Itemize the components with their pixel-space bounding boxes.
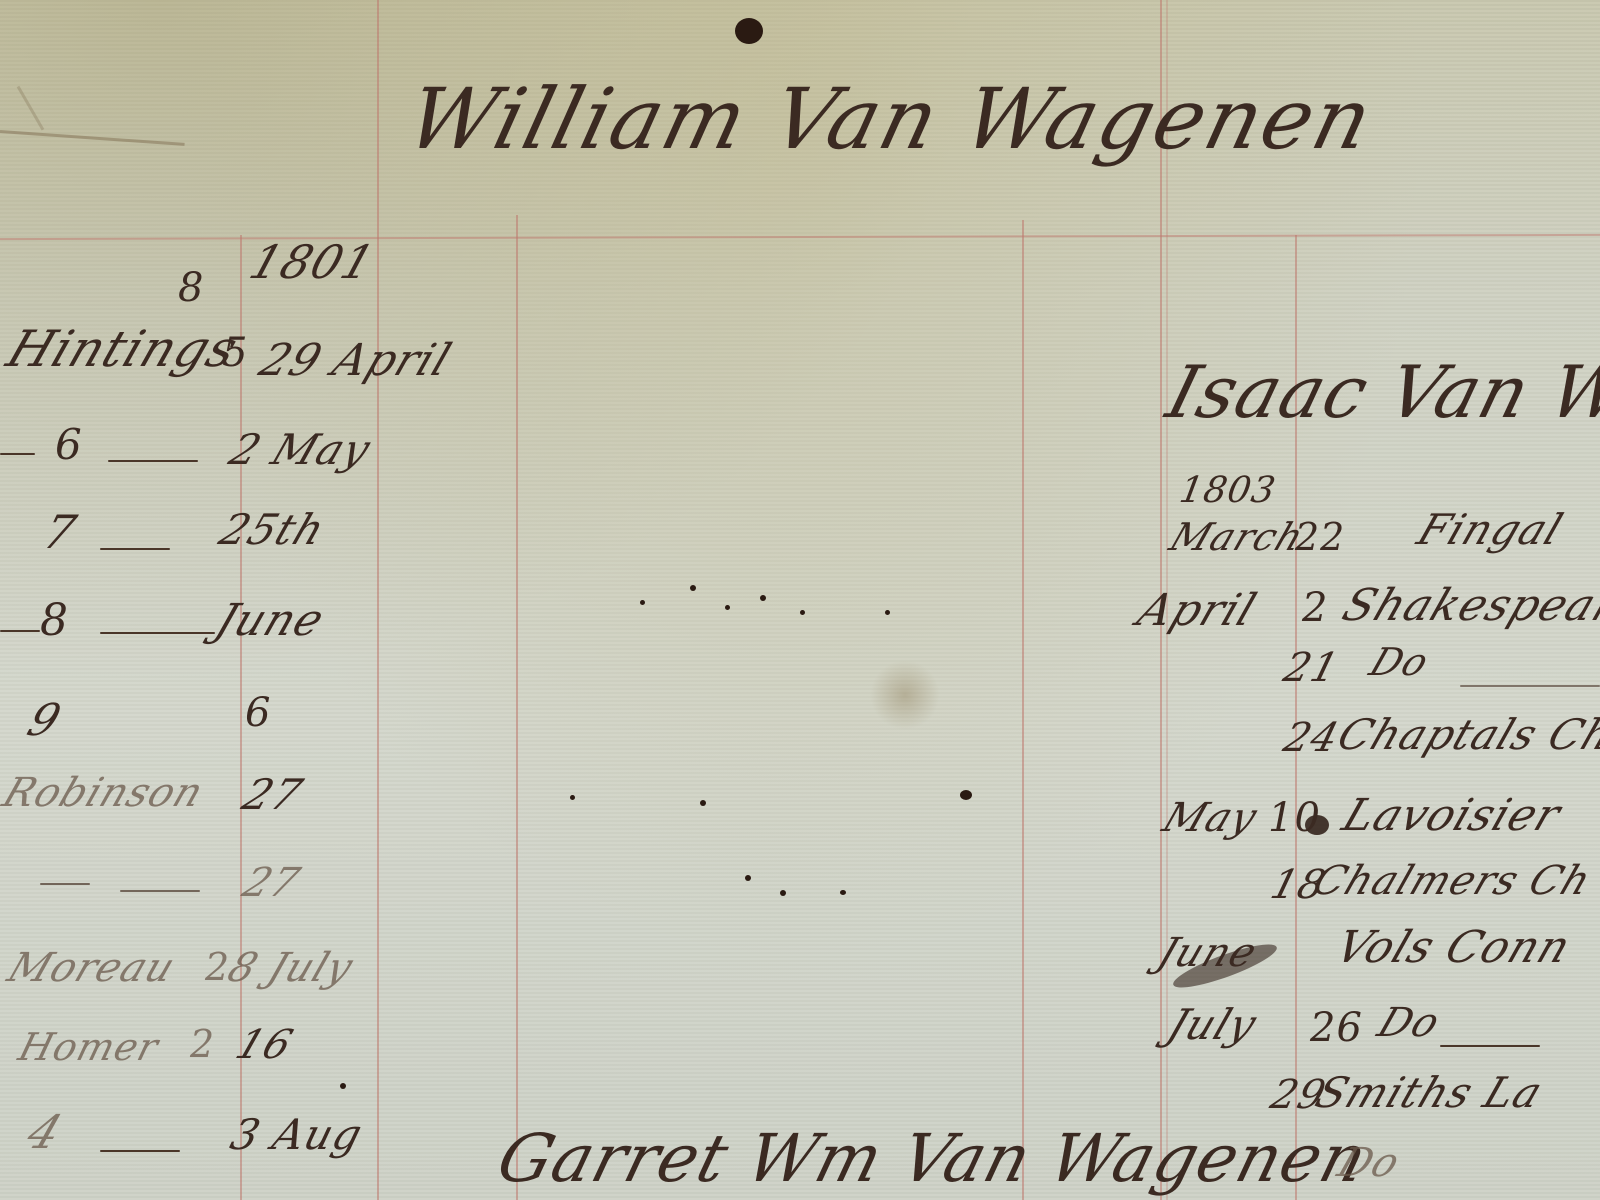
paper-stain — [870, 660, 940, 730]
ditto-dash — [0, 630, 40, 632]
left-entry-num: 7 — [38, 505, 83, 559]
left-entry-date: 29 April — [253, 335, 459, 386]
paper-crease — [17, 86, 45, 131]
ink-speck — [780, 890, 786, 896]
ditto-dash — [120, 890, 200, 892]
left-entry-num: 4 — [20, 1105, 70, 1159]
right-entry-month: July — [1161, 1000, 1264, 1049]
ditto-dash — [1460, 685, 1600, 687]
right-entry-item: Smiths La — [1309, 1068, 1550, 1117]
left-entry-name: Hintings — [0, 320, 246, 378]
right-entry-month: June — [1152, 930, 1264, 976]
left-entry-date: 3 Aug — [225, 1110, 367, 1159]
left-entry-date: 27 — [237, 860, 307, 906]
right-entry-day: 26 — [1310, 1005, 1363, 1051]
right-entry-item: Chaptals Chem — [1331, 710, 1600, 759]
left-entry-date: 25th — [213, 505, 332, 554]
ruling-line — [516, 215, 518, 1200]
footer-account-name: Garret Wm Van Wagenen — [490, 1120, 1376, 1197]
right-entry-item: Do — [1372, 1000, 1447, 1046]
ink-speck — [340, 1083, 346, 1089]
ink-speck — [690, 585, 696, 591]
right-entry-item: Vols Conn — [1329, 922, 1578, 973]
left-entry-num: 8 — [40, 595, 69, 646]
ink-blot — [735, 18, 763, 44]
left-entry-date: 8 July — [222, 945, 360, 991]
ink-speck — [745, 875, 751, 881]
left-entry-name: Robinson — [0, 770, 210, 816]
account-header-name: William Van Wagenen — [398, 70, 1384, 168]
left-month-marker: 8 — [178, 265, 204, 311]
paper-crease — [0, 130, 185, 146]
ink-speck — [700, 800, 706, 806]
right-entry-day: 10 — [1268, 795, 1321, 841]
ink-speck — [800, 610, 805, 615]
ditto-dash — [100, 1150, 180, 1152]
left-year: 1801 — [243, 235, 382, 289]
left-entry-date: 27 — [236, 770, 309, 819]
right-account-name: Isaac Van W — [1159, 350, 1600, 434]
ink-speck — [760, 595, 766, 601]
left-entry-num: 6 — [55, 420, 83, 469]
left-entry-num: 9 — [21, 695, 69, 746]
right-entry-day: 22 — [1295, 515, 1345, 559]
right-year: 1803 — [1176, 470, 1279, 511]
left-entry-name: Homer — [14, 1025, 163, 1069]
ink-speck — [640, 600, 645, 605]
ink-speck — [885, 610, 890, 615]
left-entry-name: Moreau — [2, 945, 182, 991]
ditto-dash — [108, 460, 198, 462]
right-entry-item: Do — [1364, 640, 1435, 684]
ink-speck — [725, 605, 730, 610]
ditto-dash — [1440, 1045, 1540, 1047]
ditto-dash — [100, 548, 170, 550]
right-entry-month: March — [1164, 515, 1311, 559]
right-entry-item: Chalmers Ch — [1307, 858, 1598, 904]
right-entry-item: Shakespeare — [1336, 580, 1600, 631]
ditto-dash — [0, 453, 35, 455]
left-entry-date: 2 May — [223, 425, 378, 474]
ditto-dash — [100, 632, 215, 634]
ink-speck — [570, 795, 575, 800]
ditto-dash — [40, 883, 90, 885]
left-entry-num: 2 — [190, 1022, 215, 1066]
right-entry-item: Lavoisier — [1336, 790, 1568, 841]
right-entry-day: 2 — [1302, 585, 1328, 631]
ink-blot — [960, 790, 972, 800]
right-entry-day: 21 — [1279, 645, 1344, 691]
ink-speck — [840, 890, 846, 895]
left-entry-num: 5 — [222, 330, 248, 376]
right-entry-month: April — [1131, 585, 1264, 636]
ledger-page: William Van Wagenen 1801 8 Hintings 5 29… — [0, 0, 1600, 1200]
ruling-line — [377, 0, 379, 1200]
ruling-line — [1022, 220, 1024, 1200]
right-entry-item: Fingal — [1411, 505, 1570, 554]
left-entry-date: June — [209, 595, 332, 646]
left-entry-date: 6 — [245, 690, 271, 736]
right-entry-month: May — [1157, 795, 1264, 841]
